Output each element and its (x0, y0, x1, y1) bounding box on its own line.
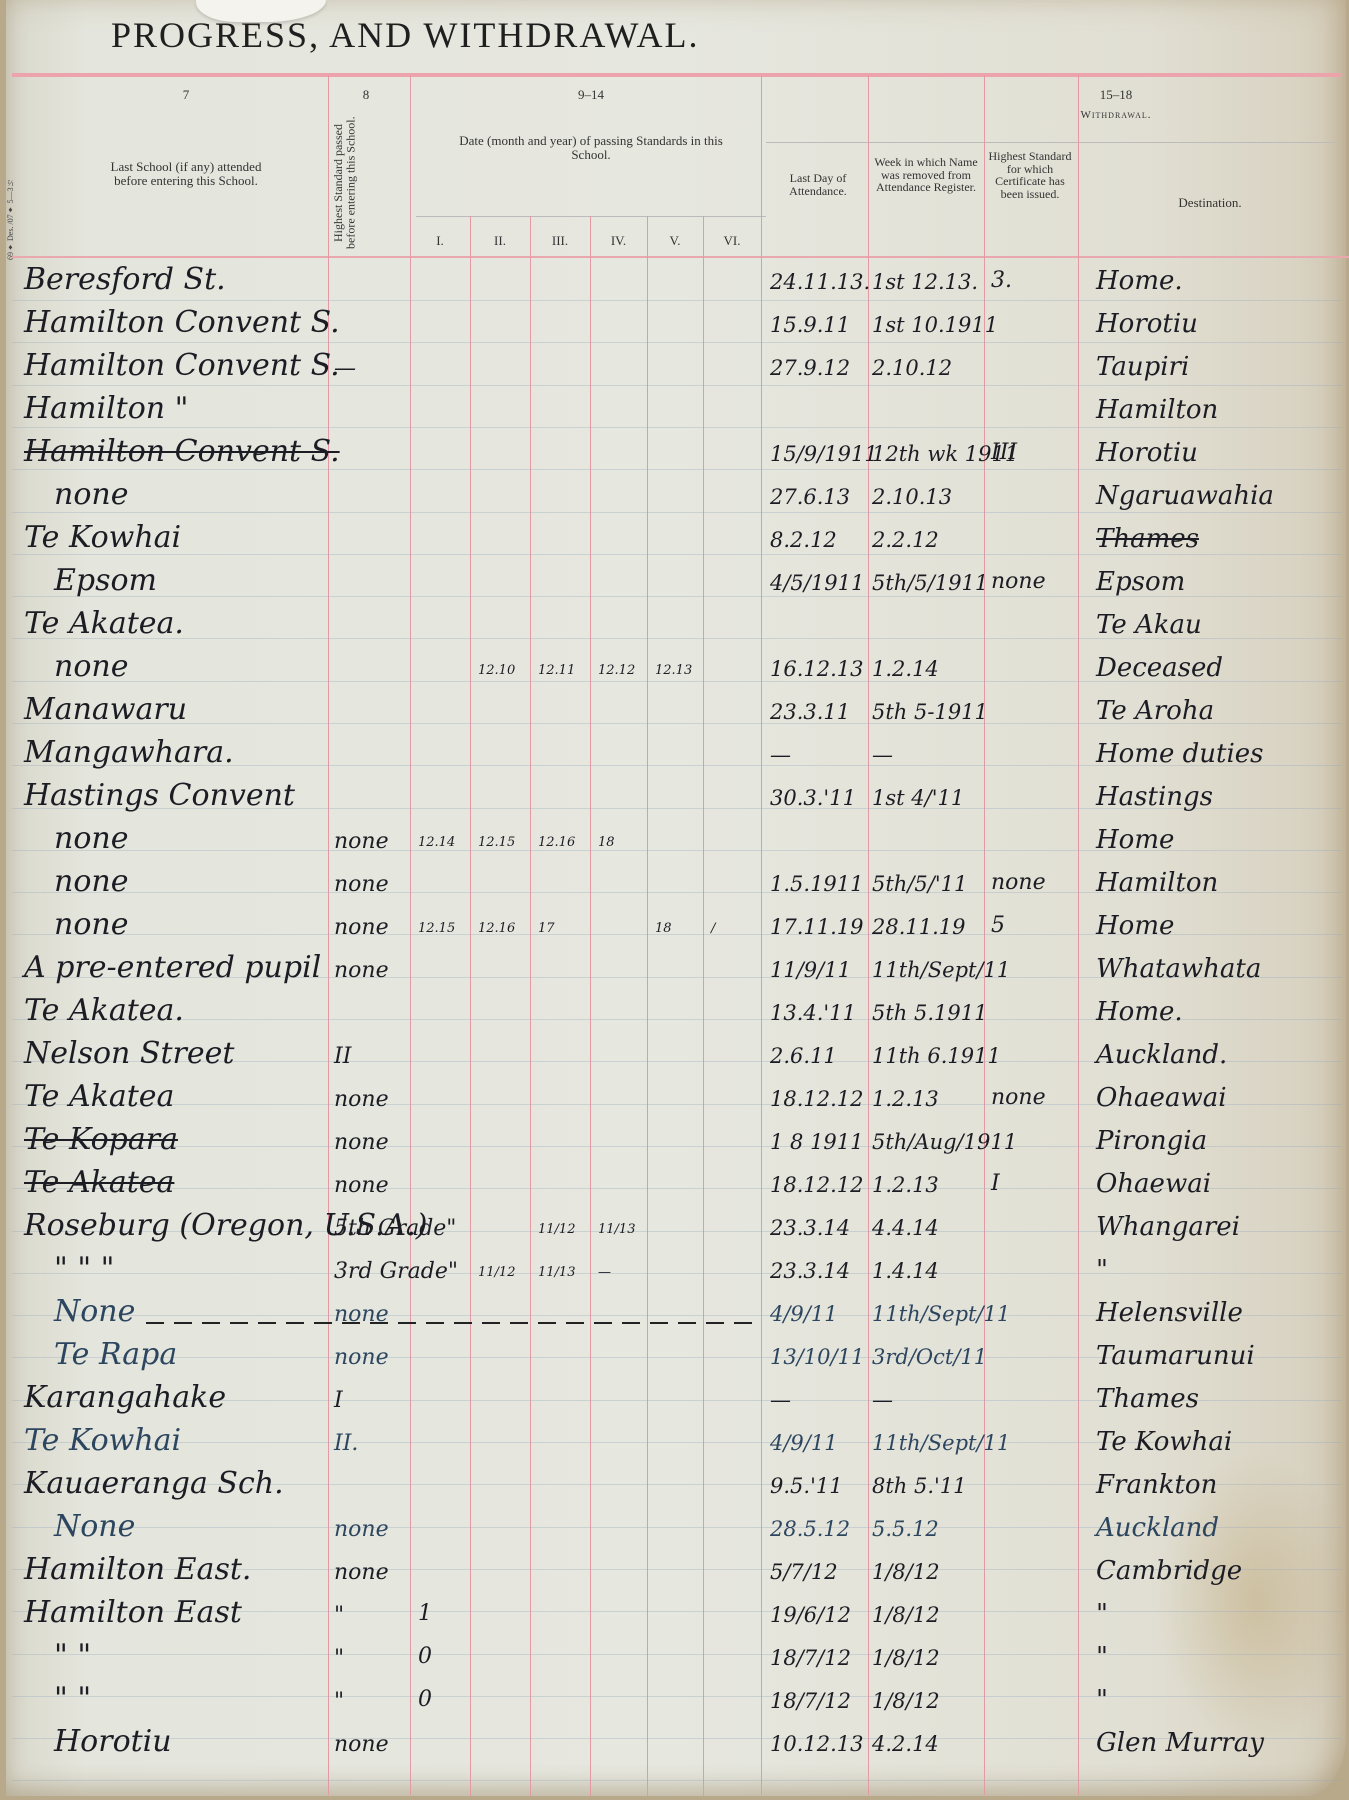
destination-cell: Whatawhata (1096, 954, 1261, 984)
last-day-cell: 1.5.1911 (770, 872, 864, 896)
withdrawal-group-label: Withdrawal. (766, 108, 1326, 122)
destination-cell: Deceased (1096, 653, 1223, 683)
last-school-cell: Epsom (54, 563, 157, 598)
col7-label: Last School (if any) attended before ent… (86, 160, 286, 188)
writing-line (12, 1696, 1342, 1697)
destination-cell: Thames (1096, 1384, 1199, 1414)
standard-before-cell: none (334, 1087, 389, 1112)
standard-before-cell: none (334, 915, 389, 940)
destination-cell: " (1096, 1255, 1108, 1285)
destination-cell: Hamilton (1096, 395, 1218, 425)
standard-header-3: III. (530, 234, 590, 248)
last-school-cell: Te Akatea (24, 1079, 174, 1114)
week-removed-cell: 11th/Sept/11 (872, 1302, 1010, 1326)
writing-line (12, 512, 1342, 513)
week-removed-cell: 1.4.14 (872, 1259, 939, 1283)
last-school-cell: Te Rapa (54, 1337, 177, 1372)
last-day-cell: 8.2.12 (770, 528, 837, 552)
standard-before-cell: II (334, 1044, 351, 1069)
standard-before-cell: — (334, 356, 356, 381)
col9-14-header: 9–14 Date (month and year) of passing St… (416, 88, 766, 162)
last-school-cell: Te Akatea (24, 1165, 174, 1200)
standard-pass-cell: 12.16 (538, 835, 575, 850)
last-school-cell: Nelson Street (24, 1036, 234, 1071)
last-school-cell: Mangawhara. (24, 735, 234, 770)
standard-before-cell: none (334, 958, 389, 983)
standard-pass-cell: 12.14 (418, 835, 455, 850)
last-day-cell: 16.12.13 (770, 657, 864, 681)
week-removed-cell: 11th/Sept/11 (872, 1431, 1010, 1455)
last-school-cell: Te Akatea. (24, 993, 184, 1028)
week-removed-cell: 1st 4/'11 (872, 786, 964, 810)
writing-line (12, 554, 1342, 555)
column-rule (761, 75, 762, 1795)
standard-header-4: IV. (590, 234, 647, 248)
standard-before-cell: none (334, 1732, 389, 1757)
week-removed-cell: 2.2.12 (872, 528, 939, 552)
standard-before-cell: none (334, 1130, 389, 1155)
week-removed-cell: 2.10.12 (872, 356, 952, 380)
printer-imprint: 69♦ Des. /07♦ 5—3½ (6, 60, 16, 260)
week-removed-cell: 1.2.14 (872, 657, 939, 681)
week-removed-cell: 1st 10.1911 (872, 313, 998, 337)
standard-pass-cell: / (711, 921, 715, 936)
week-removed-cell: 4.4.14 (872, 1216, 939, 1240)
last-school-cell: " " " (54, 1251, 114, 1286)
column-rule (703, 216, 704, 1796)
destination-cell: " (1096, 1599, 1108, 1629)
standard-header-1: I. (410, 234, 470, 248)
writing-line (12, 300, 1342, 301)
destination-cell: Ngaruawahia (1096, 481, 1274, 511)
last-day-cell: 17.11.19 (770, 915, 864, 939)
destination-cell: Thames (1096, 524, 1199, 554)
standard-before-cell: 3rd Grade" (334, 1259, 458, 1284)
destination-cell: Auckland. (1096, 1040, 1227, 1070)
last-day-cell: 13.4.'11 (770, 1001, 856, 1025)
standard-before-cell: none (334, 1560, 389, 1585)
week-removed-cell: 1.2.13 (872, 1087, 939, 1111)
register-page: 69♦ Des. /07♦ 5—3½ PROGRESS, AND WITHDRA… (6, 0, 1346, 1796)
last-day-cell: 15.9.11 (770, 313, 850, 337)
destination-cell: Taupiri (1096, 352, 1189, 382)
destination-cell: Ohaeawai (1096, 1083, 1227, 1113)
week-removed-cell: 5th/5/1911 (872, 571, 988, 595)
last-school-cell: Beresford St. (24, 262, 226, 297)
destination-cell: Taumarunui (1096, 1341, 1255, 1371)
writing-line (12, 1654, 1342, 1655)
column-rule (410, 75, 411, 1795)
destination-header: Destination. (1080, 196, 1340, 210)
last-day-cell: — (770, 743, 791, 767)
destination-cell: Cambridge (1096, 1556, 1242, 1586)
week-removed-cell: 8th 5.'11 (872, 1474, 967, 1498)
destination-cell: Frankton (1096, 1470, 1217, 1500)
last-school-cell: none (54, 477, 128, 512)
column-rule (1078, 75, 1079, 1795)
week-removed-header: Week in which Name was removed from Atte… (872, 156, 980, 194)
header-top-rule (12, 73, 1342, 77)
week-removed-cell: 5th/5/'11 (872, 872, 967, 896)
week-removed-cell: 1/8/12 (872, 1560, 940, 1584)
destination-cell: Home duties (1096, 739, 1264, 769)
last-day-cell: 1 8 1911 (770, 1130, 864, 1154)
header-bottom-rule (12, 256, 1349, 258)
writing-line (12, 427, 1342, 428)
last-day-cell: 23.3.14 (770, 1216, 850, 1240)
destination-cell: Hamilton (1096, 868, 1218, 898)
last-day-cell: 11/9/11 (770, 958, 851, 982)
writing-line (12, 385, 1342, 386)
last-school-cell: none (54, 864, 128, 899)
destination-cell: Epsom (1096, 567, 1185, 597)
standard-pass-cell: 18 (655, 921, 672, 936)
last-day-cell: 10.12.13 (770, 1732, 864, 1756)
destination-cell: Whangarei (1096, 1212, 1240, 1242)
last-school-cell: Te Kowhai (24, 520, 181, 555)
last-school-cell: " " (54, 1681, 91, 1716)
last-day-cell: 24.11.13. (770, 270, 870, 294)
standard-header-5: V. (647, 234, 703, 248)
column-rule (590, 216, 591, 1796)
last-day-cell: 30.3.'11 (770, 786, 856, 810)
last-school-cell: Hamilton Convent S. (24, 434, 340, 469)
destination-cell: Glen Murray (1096, 1728, 1264, 1758)
last-day-cell: 27.9.12 (770, 356, 850, 380)
standard-before-cell: none (334, 1517, 389, 1542)
last-day-cell: 5/7/12 (770, 1560, 838, 1584)
col9-14-label: Date (month and year) of passing Standar… (416, 134, 766, 162)
last-school-cell: Hamilton East. (24, 1552, 251, 1587)
week-removed-cell: — (872, 1388, 893, 1412)
last-school-cell: Karangahake (24, 1380, 226, 1415)
week-removed-cell: 3rd/Oct/11 (872, 1345, 987, 1369)
standard-pass-cell: 0 (418, 1644, 432, 1669)
last-day-header: Last Day of Attendance. (768, 172, 868, 197)
week-removed-cell: 2.10.13 (872, 485, 952, 509)
last-day-cell: 27.6.13 (770, 485, 850, 509)
destination-cell: Horotiu (1096, 309, 1198, 339)
week-removed-cell: 28.11.19 (872, 915, 966, 939)
last-school-cell: Te Akatea. (24, 606, 184, 641)
standard-pass-cell: 17 (538, 921, 555, 936)
week-removed-cell: 5th 5.1911 (872, 1001, 987, 1025)
last-day-cell: 2.6.11 (770, 1044, 837, 1068)
last-school-cell: Hamilton " (24, 391, 188, 426)
column-rule (470, 216, 471, 1796)
standard-pass-cell: 12.16 (478, 921, 515, 936)
last-day-cell: 23.3.11 (770, 700, 850, 724)
last-day-cell: — (770, 1388, 791, 1412)
col7-number: 7 (86, 88, 286, 102)
last-school-cell: Kauaeranga Sch. (24, 1466, 284, 1501)
standard-pass-cell: 11/12 (538, 1222, 575, 1237)
last-school-cell: Horotiu (54, 1724, 172, 1759)
standard-pass-cell: 11/12 (478, 1265, 515, 1280)
col8-number: 8 (336, 88, 396, 102)
standard-pass-cell: 11/13 (598, 1222, 635, 1237)
col8-label: Highest Standard passed before entering … (332, 108, 392, 258)
page-title: PROGRESS, AND WITHDRAWAL. (111, 14, 700, 56)
destination-cell: Te Kowhai (1096, 1427, 1232, 1457)
last-school-cell: Hamilton Convent S. (24, 305, 340, 340)
last-school-cell: Te Kopara (24, 1122, 178, 1157)
column-rule (868, 75, 869, 1795)
last-school-cell: " " (54, 1638, 91, 1673)
standard-before-cell: " (334, 1646, 344, 1671)
destination-cell: Te Aroha (1096, 696, 1214, 726)
last-day-cell: 19/6/12 (770, 1603, 851, 1627)
week-removed-cell: 1/8/12 (872, 1603, 940, 1627)
last-day-cell: 4/9/11 (770, 1431, 838, 1455)
destination-cell: " (1096, 1685, 1108, 1715)
standard-before-cell: none (334, 1173, 389, 1198)
standard-pass-cell: 12.15 (418, 921, 455, 936)
destination-cell: Horotiu (1096, 438, 1198, 468)
destination-cell: Helensville (1096, 1298, 1243, 1328)
week-removed-cell: 11th/Sept/11 (872, 958, 1010, 982)
destination-cell: Home (1096, 825, 1174, 855)
destination-cell: Home. (1096, 997, 1183, 1027)
last-school-cell: A pre-entered pupil (24, 950, 321, 985)
withdrawal-header: 15–18 Withdrawal. (766, 88, 1326, 122)
standard-before-cell: " (334, 1689, 344, 1714)
certificate-cell: I (991, 1171, 1000, 1196)
last-school-cell: none (54, 821, 128, 856)
certificate-cell: 3. (991, 268, 1012, 293)
certificate-cell: 5 (991, 913, 1005, 938)
last-day-cell: 23.3.14 (770, 1259, 850, 1283)
destination-cell: Home. (1096, 266, 1183, 296)
dashed-fill-line (146, 1322, 761, 1324)
certificate-cell: none (991, 1085, 1046, 1110)
last-school-cell: None (54, 1509, 135, 1544)
standard-pass-cell: — (598, 1265, 611, 1280)
certificate-cell: III (991, 440, 1017, 465)
week-removed-cell: 5.5.12 (872, 1517, 939, 1541)
week-removed-cell: 1.2.13 (872, 1173, 939, 1197)
week-removed-cell: 1st 12.13. (872, 270, 978, 294)
certificate-cell: none (991, 569, 1046, 594)
standard-pass-cell: 18 (598, 835, 615, 850)
last-day-cell: 28.5.12 (770, 1517, 850, 1541)
column-rule (647, 216, 648, 1796)
highest-cert-header: Highest Standard for which Certificate h… (988, 150, 1072, 200)
destination-cell: Te Akau (1096, 610, 1202, 640)
standard-pass-cell: 12.15 (478, 835, 515, 850)
last-day-cell: 4/5/1911 (770, 571, 864, 595)
withdrawal-divider (766, 142, 1336, 143)
withdrawal-number: 15–18 (766, 88, 1326, 102)
writing-line (12, 469, 1342, 470)
standard-pass-cell: 0 (418, 1687, 432, 1712)
week-removed-cell: 1/8/12 (872, 1689, 940, 1713)
standard-before-cell: none (334, 1345, 389, 1370)
week-removed-cell: 5th/Aug/1911 (872, 1130, 1017, 1154)
last-day-cell: 13/10/11 (770, 1345, 864, 1369)
last-day-cell: 18.12.12 (770, 1173, 864, 1197)
standard-before-cell: I (334, 1388, 343, 1413)
week-removed-cell: 4.2.14 (872, 1732, 939, 1756)
destination-cell: Home (1096, 911, 1174, 941)
week-removed-cell: 11th 6.1911 (872, 1044, 1001, 1068)
last-school-cell: None (54, 1294, 135, 1329)
destination-cell: Auckland (1096, 1513, 1219, 1543)
standard-pass-cell: 11/13 (538, 1265, 575, 1280)
last-school-cell: none (54, 907, 128, 942)
last-day-cell: 4/9/11 (770, 1302, 838, 1326)
standard-pass-cell: 1 (418, 1601, 432, 1626)
last-day-cell: 15/9/1911 (770, 442, 878, 466)
last-day-cell: 18/7/12 (770, 1646, 851, 1670)
standards-divider (416, 216, 766, 217)
standard-before-cell: none (334, 872, 389, 897)
week-removed-cell: — (872, 743, 893, 767)
last-day-cell: 18.12.12 (770, 1087, 864, 1111)
writing-line (12, 1273, 1342, 1274)
certificate-cell: none (991, 870, 1046, 895)
standard-before-cell: none (334, 829, 389, 854)
standard-before-cell: II. (334, 1431, 358, 1456)
standard-pass-cell: 12.11 (538, 663, 575, 678)
last-school-cell: Manawaru (24, 692, 187, 727)
last-school-cell: none (54, 649, 128, 684)
destination-cell: Pirongia (1096, 1126, 1207, 1156)
standard-pass-cell: 12.12 (598, 663, 635, 678)
column-rule (530, 216, 531, 1796)
col9-14-number: 9–14 (416, 88, 766, 102)
last-school-cell: Hastings Convent (24, 778, 295, 813)
destination-cell: Hastings (1096, 782, 1213, 812)
standard-header-6: VI. (703, 234, 761, 248)
col7-header: 7 Last School (if any) attended before e… (86, 88, 286, 188)
standard-pass-cell: 12.10 (478, 663, 515, 678)
last-school-cell: Hamilton East (24, 1595, 242, 1630)
standard-header-2: II. (470, 234, 530, 248)
writing-line (12, 1780, 1342, 1781)
standard-before-cell: 5th Grade" (334, 1216, 456, 1241)
last-day-cell: 18/7/12 (770, 1689, 851, 1713)
week-removed-cell: 5th 5-1911 (872, 700, 988, 724)
destination-cell: Ohaewai (1096, 1169, 1211, 1199)
writing-line (12, 342, 1342, 343)
last-school-cell: Te Kowhai (24, 1423, 181, 1458)
last-day-cell: 9.5.'11 (770, 1474, 843, 1498)
destination-cell: " (1096, 1642, 1108, 1672)
standard-pass-cell: 12.13 (655, 663, 692, 678)
week-removed-cell: 1/8/12 (872, 1646, 940, 1670)
last-school-cell: Hamilton Convent S. (24, 348, 340, 383)
standard-before-cell: " (334, 1603, 344, 1628)
